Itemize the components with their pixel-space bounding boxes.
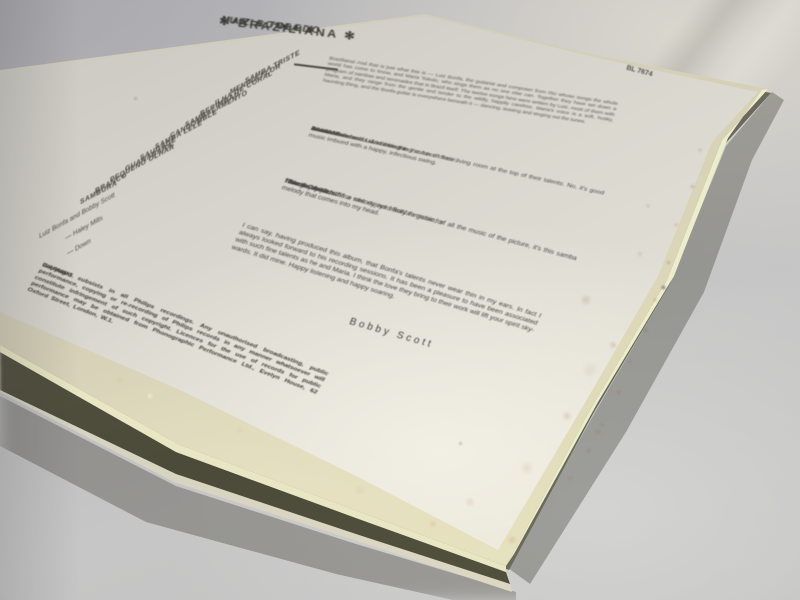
sleeve-text-layer: ✻ BRAZILIANA ✻ LUIZ BONFA ✻ MARIA TOLEDO… [0,0,800,600]
photo-of-record-sleeve: ✻ BRAZILIANA ✻ LUIZ BONFA ✻ MARIA TOLEDO… [0,0,800,600]
